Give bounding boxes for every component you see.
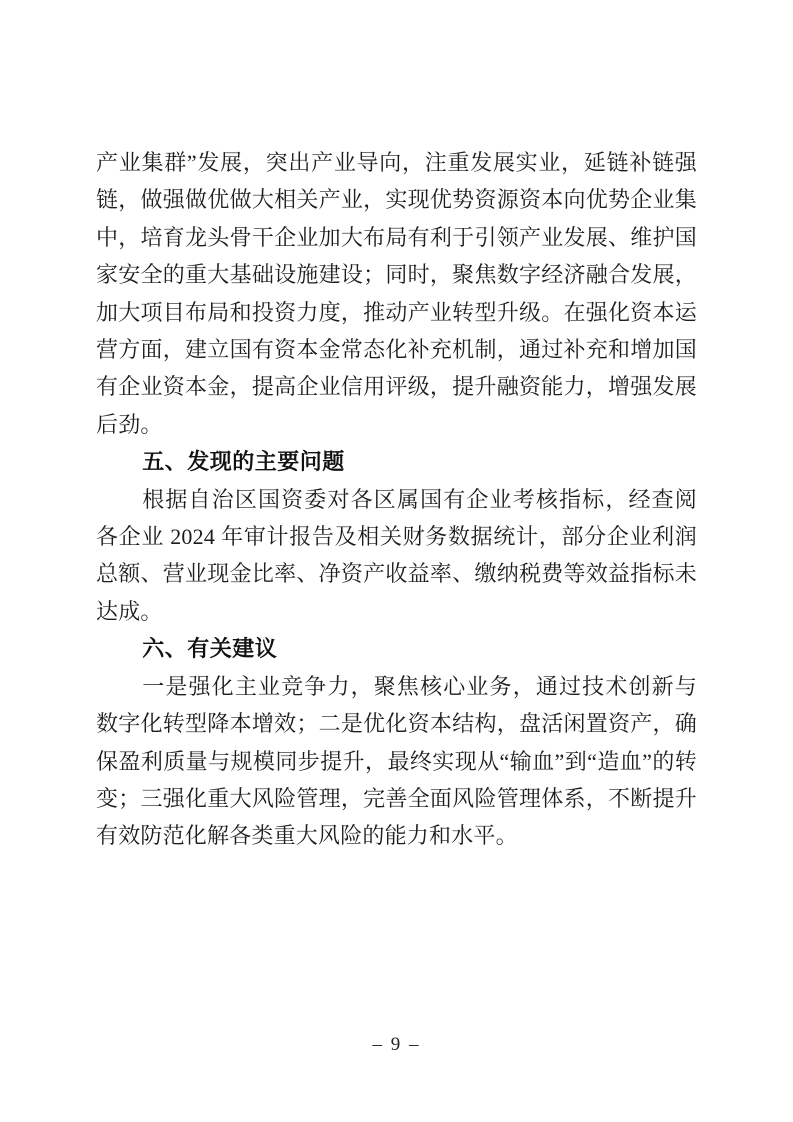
paragraph-main-problems: 根据自治区国资委对各区属国有企业考核指标，经查阅各企业 2024 年审计报告及相… xyxy=(96,481,697,631)
paragraph-suggestions: 一是强化主业竞争力，聚焦核心业务，通过技术创新与数字化转型降本增效；二是优化资本… xyxy=(96,668,697,855)
paragraph-continuation: 产业集群”发展，突出产业导向，注重发展实业，延链补链强链，做强做优做大相关产业，… xyxy=(96,144,697,443)
section-heading-6: 六、有关建议 xyxy=(96,630,697,667)
document-body: 产业集群”发展，突出产业导向，注重发展实业，延链补链强链，做强做优做大相关产业，… xyxy=(96,144,697,855)
page-number: – 9 – xyxy=(373,1034,421,1055)
document-page: 产业集群”发展，突出产业导向，注重发展实业，延链补链强链，做强做优做大相关产业，… xyxy=(0,0,793,1122)
page-footer: – 9 – xyxy=(0,1034,793,1056)
section-heading-5: 五、发现的主要问题 xyxy=(96,443,697,480)
